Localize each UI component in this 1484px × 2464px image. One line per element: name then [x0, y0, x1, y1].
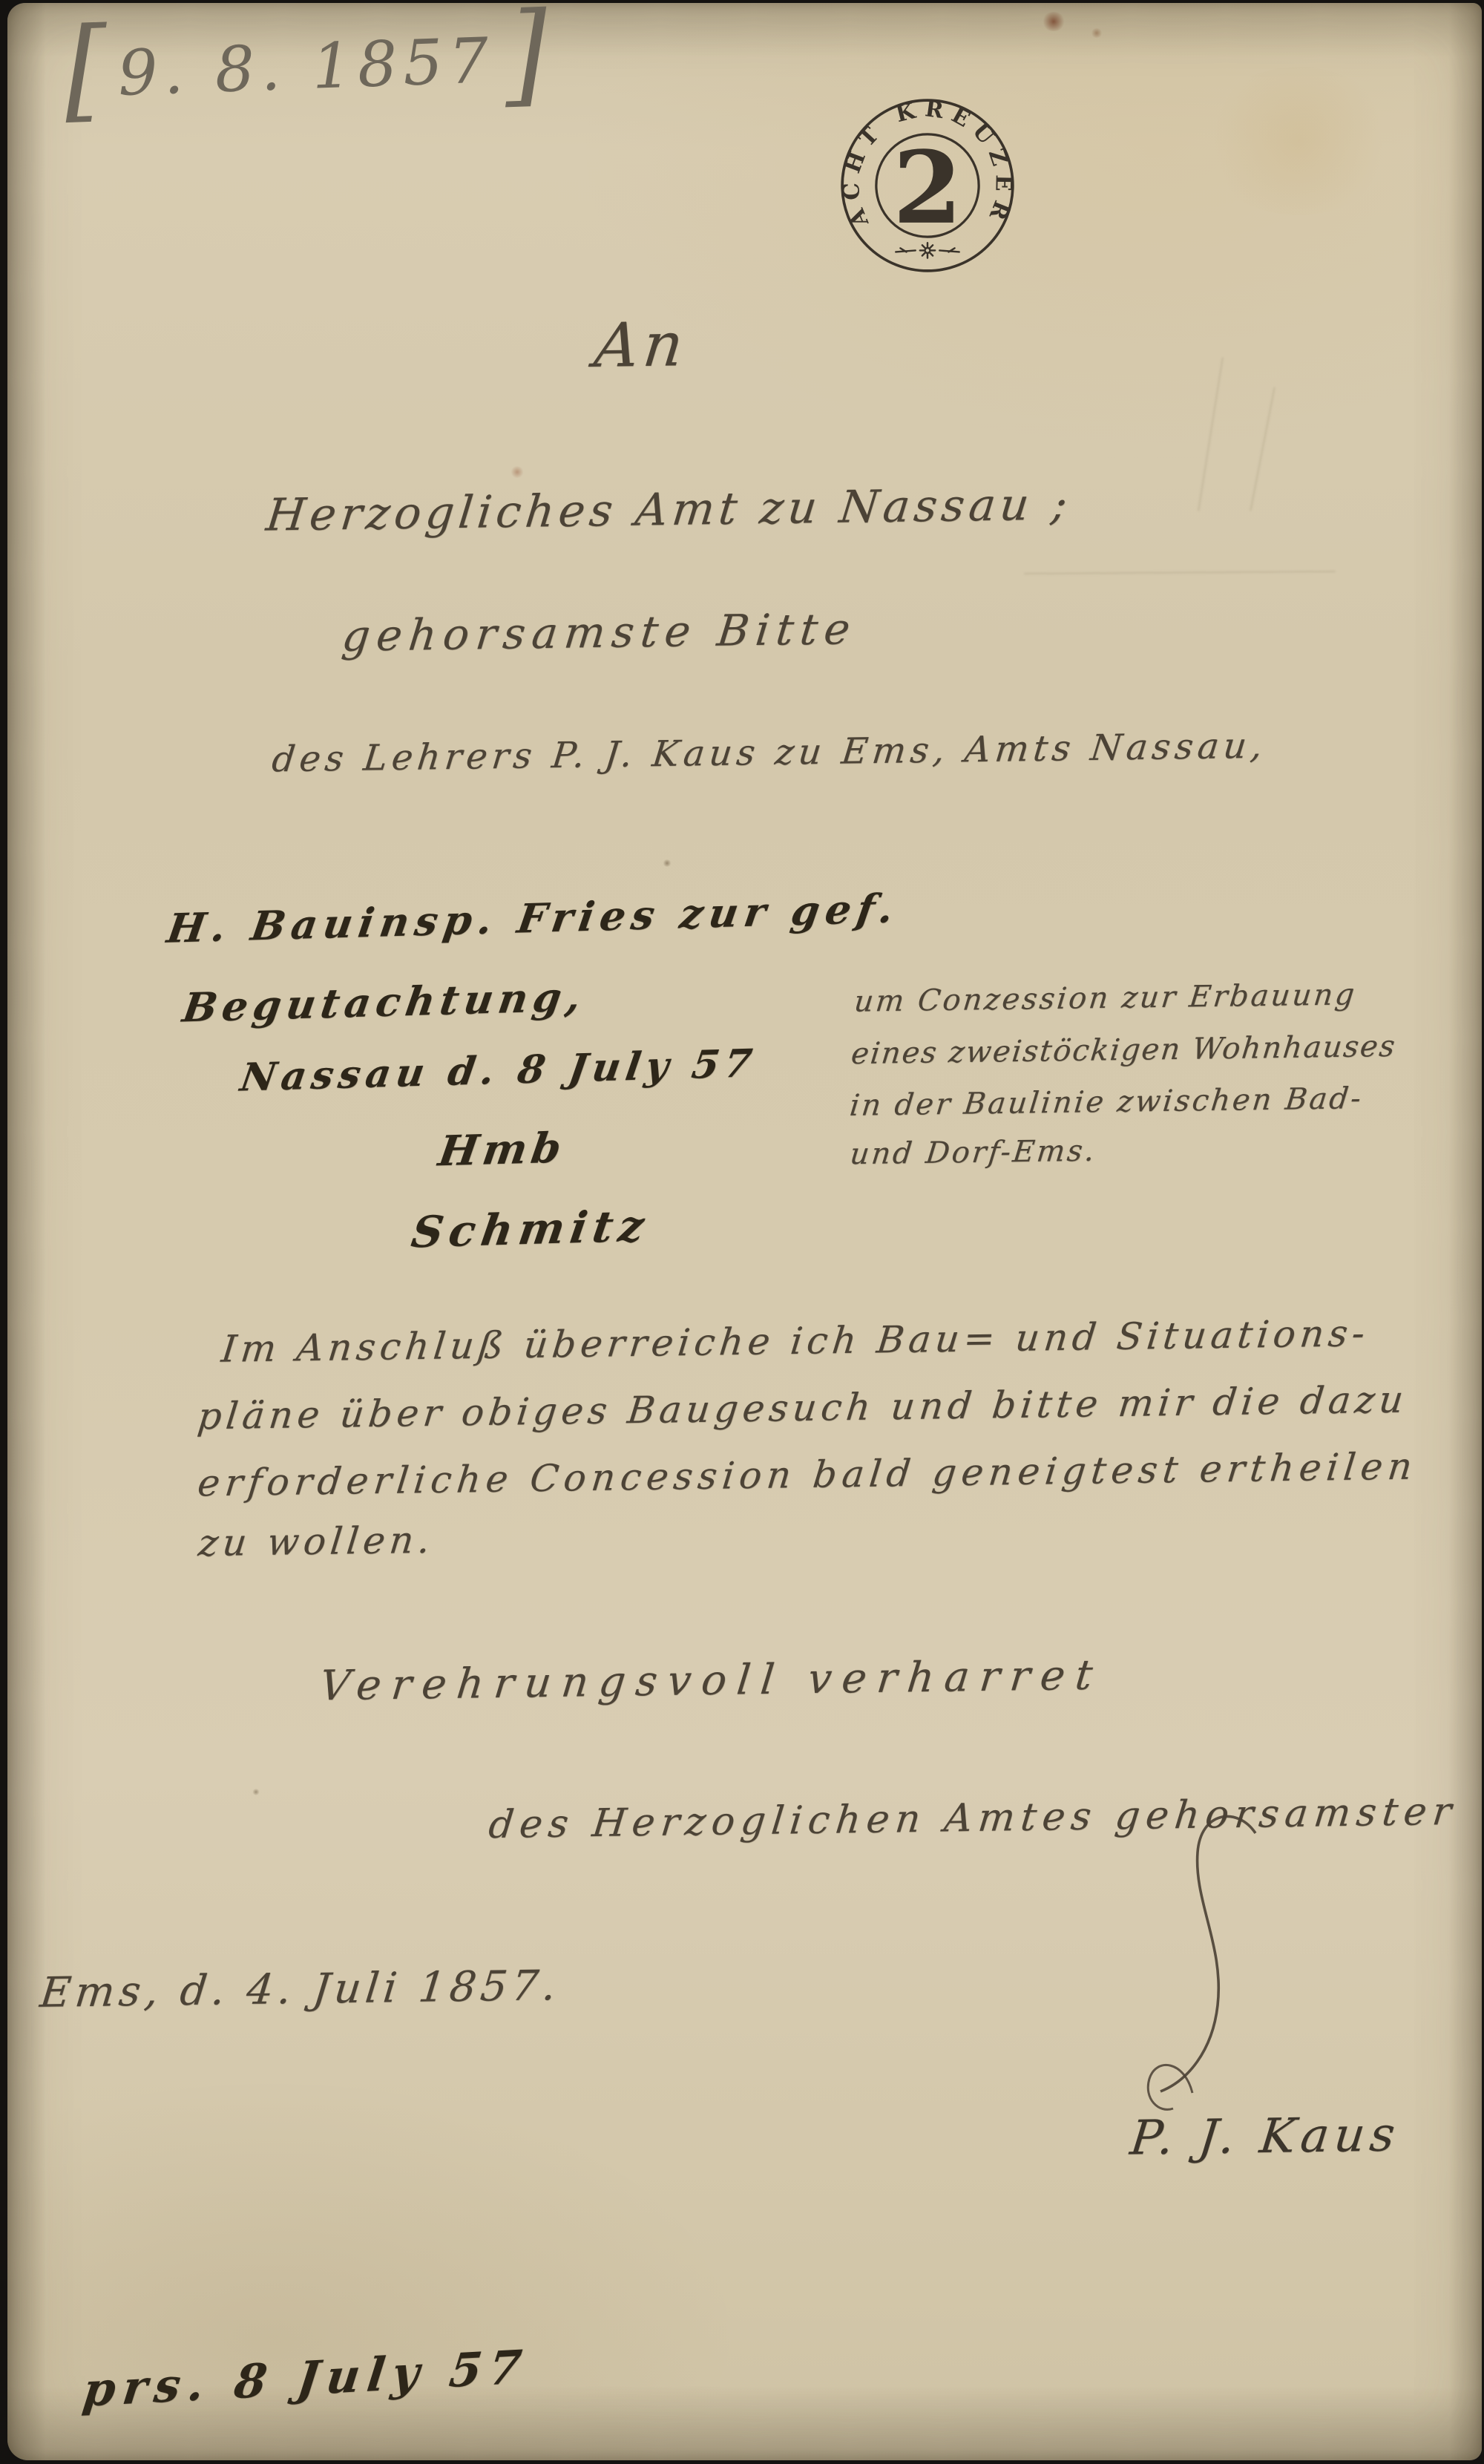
margin-note-signature: Schmitz	[408, 1201, 653, 1258]
archival-date-text: 9. 8. 1857	[116, 13, 496, 110]
paper-edge-vignette	[7, 3, 1482, 2460]
paper-sheet	[7, 3, 1482, 2460]
subject-line: in der Baulinie zwischen Bad-	[848, 1081, 1365, 1123]
margin-note-initials: Hmb	[436, 1124, 569, 1176]
petition-title: gehorsamste Bitte	[340, 603, 859, 661]
signature-text: P. J. Kaus	[1128, 2107, 1403, 2166]
subject-line: und Dorf-Ems.	[848, 1134, 1098, 1172]
place-date-line: Ems, d. 4. Juli 1857.	[38, 1962, 563, 2017]
bracket-close-glyph: ]	[502, 0, 550, 111]
bracket-open-glyph: [	[62, 13, 110, 125]
document-scan: [ 9. 8. 1857 ] ACHT KREUZER 2 An Herzogl…	[0, 0, 1484, 2464]
archival-date-annotation: [ 9. 8. 1857 ]	[62, 0, 550, 125]
subject-line: um Conzession zur Erbauung	[853, 977, 1358, 1018]
body-line: zu wollen.	[197, 1518, 437, 1564]
salutation: An	[591, 309, 692, 381]
